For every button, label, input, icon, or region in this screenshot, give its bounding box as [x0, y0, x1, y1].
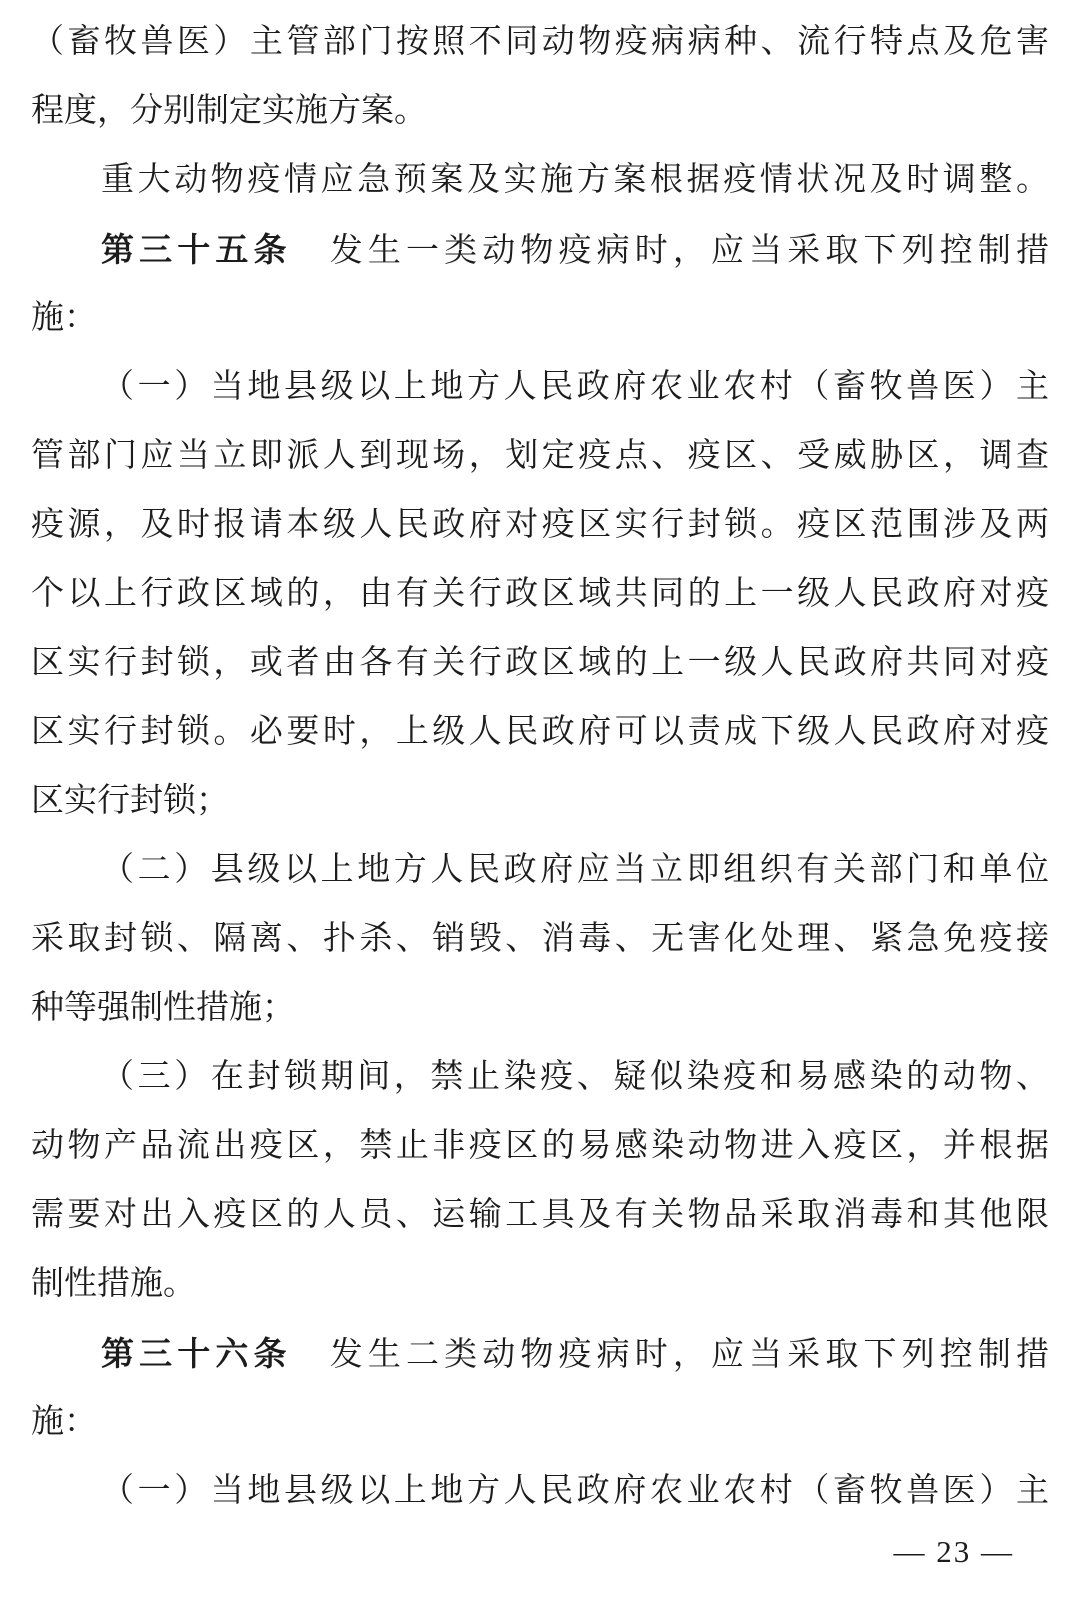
article-36-label: 第三十六条	[101, 1335, 292, 1372]
line-text: 制性措施。	[31, 1266, 196, 1302]
line-text: 动物产品流出疫区，禁止非疫区的易感染动物进入疫区，并根据	[31, 1128, 1049, 1164]
doc-line: 动物产品流出疫区，禁止非疫区的易感染动物进入疫区，并根据	[31, 1112, 1049, 1181]
doc-line: 重大动物疫情应急预案及实施方案根据疫情状况及时调整。	[31, 146, 1049, 215]
doc-line: 施：	[31, 1388, 1049, 1457]
doc-line: （一）当地县级以上地方人民政府农业农村（畜牧兽医）主	[31, 353, 1049, 422]
line-text: 发生二类动物疫病时，应当采取下列控制措	[292, 1337, 1049, 1373]
line-text: 施：	[31, 1404, 97, 1440]
doc-line: 施：	[31, 284, 1049, 353]
page-number: — 23 —	[894, 1532, 1015, 1572]
line-text: 区实行封锁。必要时，上级人民政府可以责成下级人民政府对疫	[31, 714, 1049, 750]
line-text: （二）县级以上地方人民政府应当立即组织有关部门和单位	[101, 852, 1049, 888]
doc-line: 区实行封锁。必要时，上级人民政府可以责成下级人民政府对疫	[31, 698, 1049, 767]
line-text: 疫源，及时报请本级人民政府对疫区实行封锁。疫区范围涉及两	[31, 507, 1049, 543]
doc-line: 区实行封锁，或者由各有关行政区域的上一级人民政府共同对疫	[31, 629, 1049, 698]
doc-line: 区实行封锁；	[31, 767, 1049, 836]
doc-line: （畜牧兽医）主管部门按照不同动物疫病病种、流行特点及危害	[31, 8, 1049, 77]
line-text: 个以上行政区域的，由有关行政区域共同的上一级人民政府对疫	[31, 576, 1049, 612]
line-text: 重大动物疫情应急预案及实施方案根据疫情状况及时调整。	[101, 162, 1049, 198]
doc-line: 第三十六条 发生二类动物疫病时，应当采取下列控制措	[31, 1319, 1049, 1388]
line-text: 管部门应当立即派人到现场，划定疫点、疫区、受威胁区，调查	[31, 438, 1049, 474]
line-text: 程度，分别制定实施方案。	[31, 93, 427, 129]
line-text: 采取封锁、隔离、扑杀、销毁、消毒、无害化处理、紧急免疫接	[31, 921, 1049, 957]
doc-line: 第三十五条 发生一类动物疫病时，应当采取下列控制措	[31, 215, 1049, 284]
doc-line: 采取封锁、隔离、扑杀、销毁、消毒、无害化处理、紧急免疫接	[31, 905, 1049, 974]
document-body: （畜牧兽医）主管部门按照不同动物疫病病种、流行特点及危害 程度，分别制定实施方案…	[31, 8, 1049, 1526]
doc-line: 制性措施。	[31, 1250, 1049, 1319]
line-text: 区实行封锁，或者由各有关行政区域的上一级人民政府共同对疫	[31, 645, 1049, 681]
doc-line: （一）当地县级以上地方人民政府农业农村（畜牧兽医）主	[31, 1457, 1049, 1526]
line-text: 发生一类动物疫病时，应当采取下列控制措	[292, 233, 1049, 269]
doc-line: 需要对出入疫区的人员、运输工具及有关物品采取消毒和其他限	[31, 1181, 1049, 1250]
line-text: 种等强制性措施；	[31, 990, 295, 1026]
doc-line: 管部门应当立即派人到现场，划定疫点、疫区、受威胁区，调查	[31, 422, 1049, 491]
doc-line: 种等强制性措施；	[31, 974, 1049, 1043]
doc-line: 疫源，及时报请本级人民政府对疫区实行封锁。疫区范围涉及两	[31, 491, 1049, 560]
line-text: 区实行封锁；	[31, 783, 229, 819]
doc-line: 程度，分别制定实施方案。	[31, 77, 1049, 146]
document-page: （畜牧兽医）主管部门按照不同动物疫病病种、流行特点及危害 程度，分别制定实施方案…	[0, 0, 1080, 1597]
line-text: （三）在封锁期间，禁止染疫、疑似染疫和易感染的动物、	[101, 1059, 1049, 1095]
line-text: （一）当地县级以上地方人民政府农业农村（畜牧兽医）主	[101, 1473, 1049, 1509]
line-text: （畜牧兽医）主管部门按照不同动物疫病病种、流行特点及危害	[31, 24, 1049, 60]
line-text: （一）当地县级以上地方人民政府农业农村（畜牧兽医）主	[101, 369, 1049, 405]
article-35-label: 第三十五条	[101, 231, 292, 268]
line-text: 施：	[31, 300, 97, 336]
doc-line: （二）县级以上地方人民政府应当立即组织有关部门和单位	[31, 836, 1049, 905]
line-text: 需要对出入疫区的人员、运输工具及有关物品采取消毒和其他限	[31, 1197, 1049, 1233]
doc-line: （三）在封锁期间，禁止染疫、疑似染疫和易感染的动物、	[31, 1043, 1049, 1112]
doc-line: 个以上行政区域的，由有关行政区域共同的上一级人民政府对疫	[31, 560, 1049, 629]
